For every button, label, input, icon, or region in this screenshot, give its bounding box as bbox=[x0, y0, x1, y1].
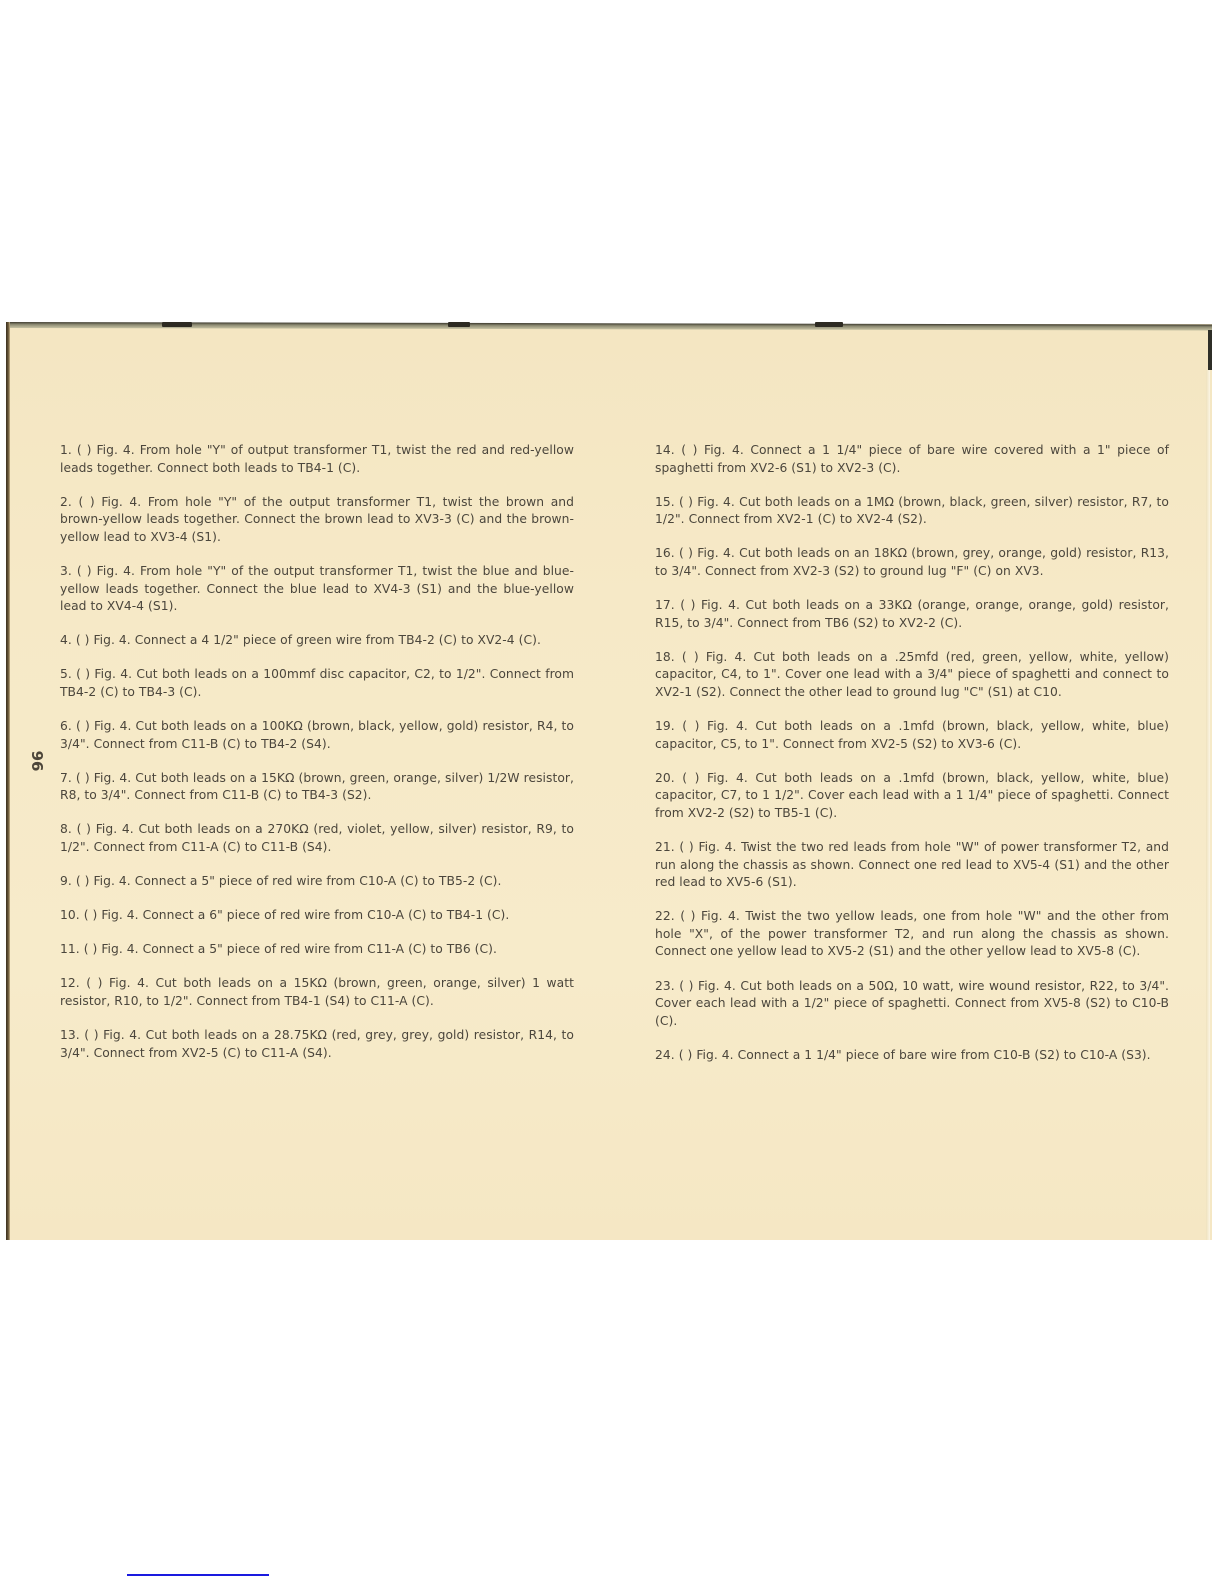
assembly-step: 12. ( ) Fig. 4. Cut both leads on a 15KΩ… bbox=[60, 975, 574, 1010]
step-text: Fig. 4. Cut both leads on a .1mfd (brown… bbox=[655, 719, 1169, 751]
page-right-edge bbox=[1208, 330, 1212, 370]
step-number: 19. bbox=[655, 719, 675, 733]
step-text: Fig. 4. Connect a 6" piece of red wire f… bbox=[101, 908, 509, 922]
assembly-step: 3. ( ) Fig. 4. From hole "Y" of the outp… bbox=[60, 563, 574, 616]
step-number: 22. bbox=[655, 909, 675, 923]
step-number: 7. bbox=[60, 771, 72, 785]
step-checkbox[interactable]: ( ) bbox=[77, 443, 92, 457]
assembly-step: 9. ( ) Fig. 4. Connect a 5" piece of red… bbox=[60, 873, 574, 891]
step-number: 18. bbox=[655, 650, 675, 664]
step-number: 21. bbox=[655, 840, 675, 854]
step-text: Fig. 4. Cut both leads on an 18KΩ (brown… bbox=[655, 546, 1169, 578]
step-text: Fig. 4. Cut both leads on a 33KΩ (orange… bbox=[655, 598, 1169, 630]
step-number: 9. bbox=[60, 874, 72, 888]
step-checkbox[interactable]: ( ) bbox=[679, 979, 693, 993]
step-text: Fig. 4. Cut both leads on a 28.75KΩ (red… bbox=[60, 1028, 574, 1060]
step-checkbox[interactable]: ( ) bbox=[84, 942, 98, 956]
step-number: 12. bbox=[60, 976, 80, 990]
step-number: 8. bbox=[60, 822, 72, 836]
step-text: Fig. 4. Cut both leads on a 270KΩ (red, … bbox=[60, 822, 574, 854]
step-checkbox[interactable]: ( ) bbox=[76, 667, 90, 681]
assembly-step: 11. ( ) Fig. 4. Connect a 5" piece of re… bbox=[60, 941, 574, 959]
step-text: Fig. 4. Connect a 1 1/4" piece of bare w… bbox=[655, 443, 1169, 475]
step-number: 16. bbox=[655, 546, 675, 560]
step-checkbox[interactable]: ( ) bbox=[77, 822, 91, 836]
step-checkbox[interactable]: ( ) bbox=[682, 771, 699, 785]
assembly-step: 14. ( ) Fig. 4. Connect a 1 1/4" piece o… bbox=[655, 442, 1169, 477]
assembly-step: 15. ( ) Fig. 4. Cut both leads on a 1MΩ … bbox=[655, 494, 1169, 529]
step-number: 11. bbox=[60, 942, 80, 956]
step-checkbox[interactable]: ( ) bbox=[84, 908, 98, 922]
assembly-step: 7. ( ) Fig. 4. Cut both leads on a 15KΩ … bbox=[60, 770, 574, 805]
assembly-step: 2. ( ) Fig. 4. From hole "Y" of the outp… bbox=[60, 494, 574, 547]
step-text: Fig. 4. From hole "Y" of the output tran… bbox=[60, 495, 574, 544]
step-number: 24. bbox=[655, 1048, 675, 1062]
step-checkbox[interactable]: ( ) bbox=[76, 633, 90, 647]
assembly-step: 13. ( ) Fig. 4. Cut both leads on a 28.7… bbox=[60, 1027, 574, 1062]
page-right-fade bbox=[1206, 370, 1210, 1240]
step-text: Fig. 4. Cut both leads on a 15KΩ (brown,… bbox=[60, 976, 574, 1008]
step-checkbox[interactable]: ( ) bbox=[76, 771, 90, 785]
page-number: 96 bbox=[28, 746, 46, 776]
step-checkbox[interactable]: ( ) bbox=[682, 719, 699, 733]
step-number: 3. bbox=[60, 564, 72, 578]
step-text: Fig. 4. Cut both leads on a .1mfd (brown… bbox=[655, 771, 1169, 820]
right-column-steps: 14. ( ) Fig. 4. Connect a 1 1/4" piece o… bbox=[655, 442, 1169, 1081]
step-checkbox[interactable]: ( ) bbox=[679, 495, 693, 509]
step-text: Fig. 4. Cut both leads on a 100KΩ (brown… bbox=[60, 719, 574, 751]
step-checkbox[interactable]: ( ) bbox=[86, 976, 102, 990]
step-checkbox[interactable]: ( ) bbox=[681, 443, 697, 457]
assembly-step: 8. ( ) Fig. 4. Cut both leads on a 270KΩ… bbox=[60, 821, 574, 856]
step-number: 17. bbox=[655, 598, 675, 612]
assembly-step: 1. ( ) Fig. 4. From hole "Y" of output t… bbox=[60, 442, 574, 477]
assembly-step: 5. ( ) Fig. 4. Cut both leads on a 100mm… bbox=[60, 666, 574, 701]
binding-clip-mark bbox=[162, 322, 192, 327]
step-text: Fig. 4. Cut both leads on a .25mfd (red,… bbox=[655, 650, 1169, 699]
step-text: Fig. 4. Connect a 4 1/2" piece of green … bbox=[93, 633, 540, 647]
assembly-step: 4. ( ) Fig. 4. Connect a 4 1/2" piece of… bbox=[60, 632, 574, 650]
step-text: Fig. 4. Connect a 5" piece of red wire f… bbox=[101, 942, 497, 956]
assembly-step: 20. ( ) Fig. 4. Cut both leads on a .1mf… bbox=[655, 770, 1169, 823]
step-text: Fig. 4. From hole "Y" of the output tran… bbox=[60, 564, 574, 613]
assembly-step: 21. ( ) Fig. 4. Twist the two red leads … bbox=[655, 839, 1169, 892]
step-number: 23. bbox=[655, 979, 675, 993]
step-text: Fig. 4. Cut both leads on a 50Ω, 10 watt… bbox=[655, 979, 1169, 1028]
assembly-step: 19. ( ) Fig. 4. Cut both leads on a .1mf… bbox=[655, 718, 1169, 753]
step-number: 2. bbox=[60, 495, 72, 509]
step-text: Fig. 4. Twist the two yellow leads, one … bbox=[655, 909, 1169, 958]
step-checkbox[interactable]: ( ) bbox=[76, 719, 90, 733]
step-checkbox[interactable]: ( ) bbox=[679, 840, 693, 854]
step-checkbox[interactable]: ( ) bbox=[679, 546, 693, 560]
step-text: Fig. 4. Twist the two red leads from hol… bbox=[655, 840, 1169, 889]
assembly-step: 22. ( ) Fig. 4. Twist the two yellow lea… bbox=[655, 908, 1169, 961]
step-text: Fig. 4. Cut both leads on a 15KΩ (brown,… bbox=[60, 771, 574, 803]
step-text: Fig. 4. Cut both leads on a 100mmf disc … bbox=[60, 667, 574, 699]
assembly-step: 17. ( ) Fig. 4. Cut both leads on a 33KΩ… bbox=[655, 597, 1169, 632]
assembly-step: 16. ( ) Fig. 4. Cut both leads on an 18K… bbox=[655, 545, 1169, 580]
step-number: 14. bbox=[655, 443, 675, 457]
binding-clip-mark bbox=[815, 322, 843, 327]
step-text: Fig. 4. Cut both leads on a 1MΩ (brown, … bbox=[655, 495, 1169, 527]
step-number: 10. bbox=[60, 908, 80, 922]
step-checkbox[interactable]: ( ) bbox=[682, 650, 699, 664]
step-number: 20. bbox=[655, 771, 675, 785]
assembly-step: 23. ( ) Fig. 4. Cut both leads on a 50Ω,… bbox=[655, 978, 1169, 1031]
step-number: 4. bbox=[60, 633, 72, 647]
left-column-steps: 1. ( ) Fig. 4. From hole "Y" of output t… bbox=[60, 442, 574, 1079]
step-number: 1. bbox=[60, 443, 72, 457]
step-checkbox[interactable]: ( ) bbox=[679, 1048, 693, 1062]
step-checkbox[interactable]: ( ) bbox=[76, 874, 90, 888]
assembly-step: 10. ( ) Fig. 4. Connect a 6" piece of re… bbox=[60, 907, 574, 925]
step-number: 5. bbox=[60, 667, 72, 681]
step-text: Fig. 4. Connect a 5" piece of red wire f… bbox=[93, 874, 501, 888]
assembly-step: 18. ( ) Fig. 4. Cut both leads on a .25m… bbox=[655, 649, 1169, 702]
step-checkbox[interactable]: ( ) bbox=[680, 598, 695, 612]
step-text: Fig. 4. From hole "Y" of output transfor… bbox=[60, 443, 574, 475]
step-number: 13. bbox=[60, 1028, 80, 1042]
page-left-edge bbox=[6, 322, 10, 1240]
step-checkbox[interactable]: ( ) bbox=[77, 564, 92, 578]
step-checkbox[interactable]: ( ) bbox=[78, 495, 94, 509]
hyperlink-underline[interactable] bbox=[127, 1574, 269, 1576]
step-checkbox[interactable]: ( ) bbox=[84, 1028, 98, 1042]
binding-clip-mark bbox=[448, 322, 470, 327]
step-number: 6. bbox=[60, 719, 72, 733]
step-checkbox[interactable]: ( ) bbox=[680, 909, 695, 923]
step-text: Fig. 4. Connect a 1 1/4" piece of bare w… bbox=[696, 1048, 1150, 1062]
step-number: 15. bbox=[655, 495, 675, 509]
assembly-step: 24. ( ) Fig. 4. Connect a 1 1/4" piece o… bbox=[655, 1047, 1169, 1065]
assembly-step: 6. ( ) Fig. 4. Cut both leads on a 100KΩ… bbox=[60, 718, 574, 753]
